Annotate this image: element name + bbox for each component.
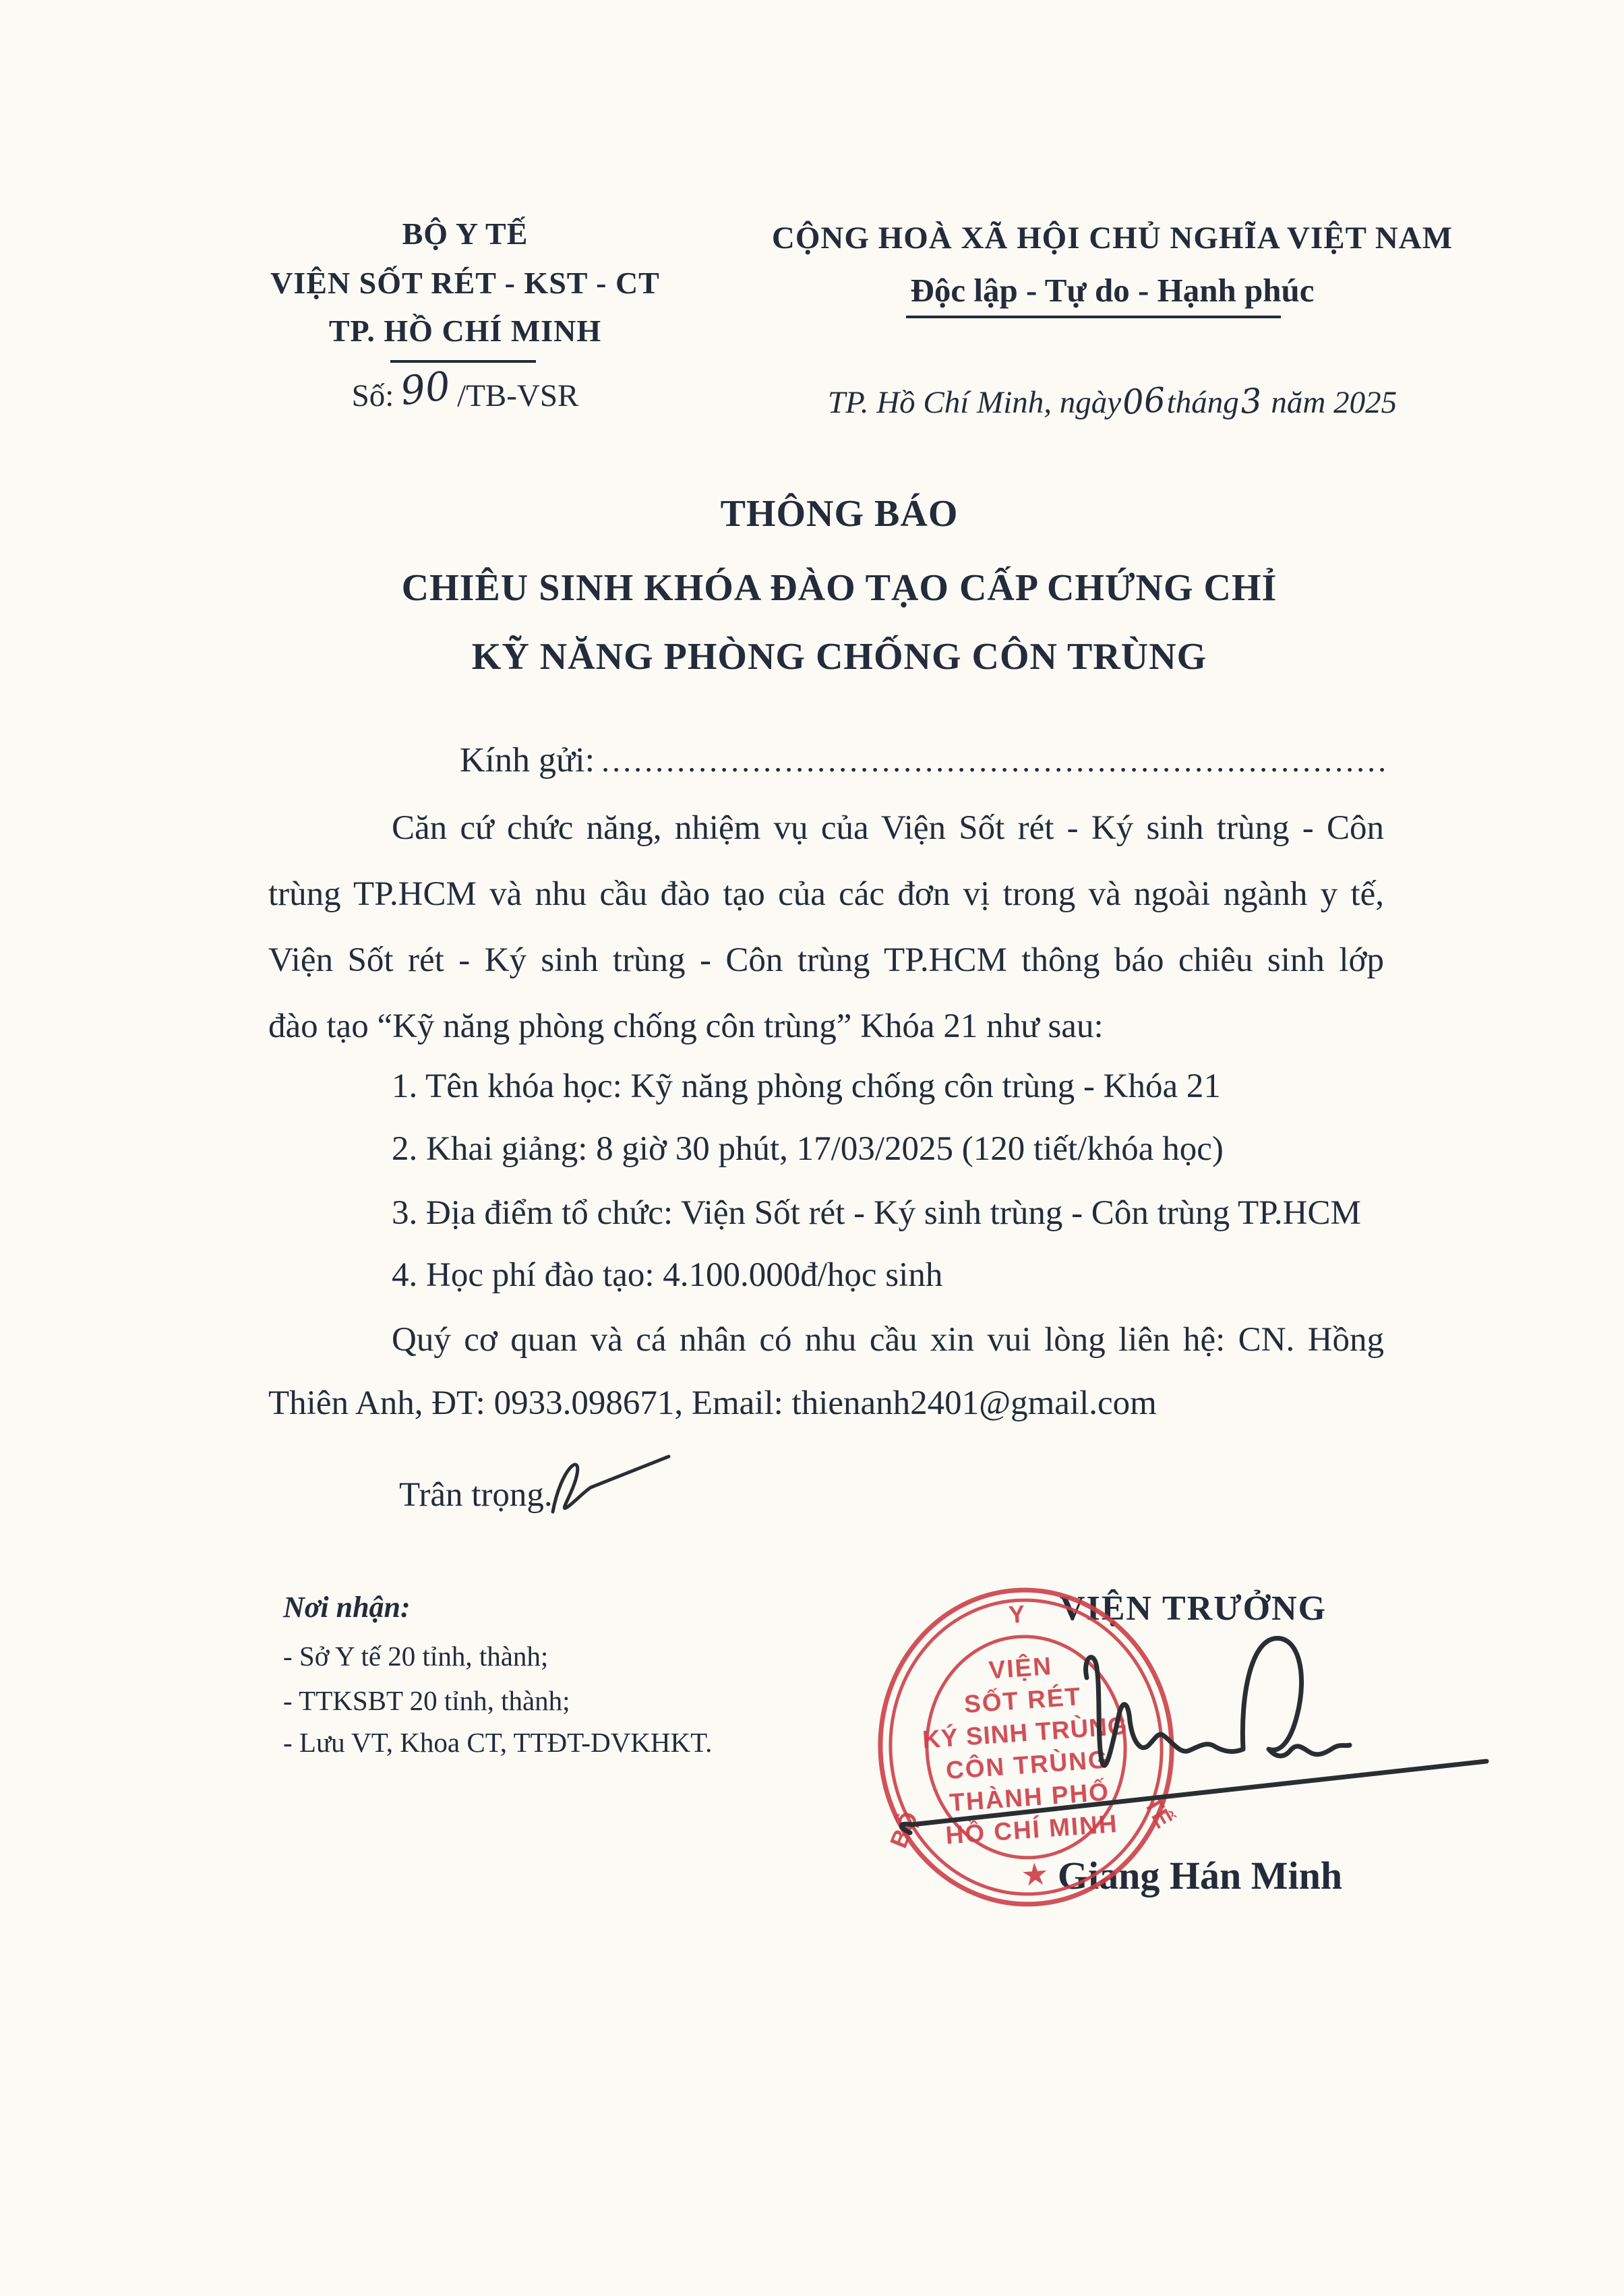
date-suffix: năm 2025: [1271, 385, 1397, 420]
institute-city: TP. HỒ CHÍ MINH: [222, 313, 708, 349]
paragraph2-line1: Quý cơ quan và cá nhân có nhu cầu xin vu…: [392, 1320, 1384, 1359]
institute-name: VIỆN SỐT RÉT - KST - CT: [222, 265, 708, 301]
ministry-name: BỘ Y TẾ: [222, 216, 708, 252]
recipient-item-3: - Lưu VT, Khoa CT, TTĐT-DVKHKT.: [283, 1726, 712, 1759]
list-item-opening-date: 2. Khai giảng: 8 giờ 30 phút, 17/03/2025…: [392, 1129, 1224, 1169]
document-kind: THÔNG BÁO: [256, 492, 1422, 535]
motto-underline: [906, 316, 1281, 318]
recipients-label: Nơi nhận:: [283, 1590, 411, 1624]
title-line-1: CHIÊU SINH KHÓA ĐÀO TẠO CẤP CHỨNG CHỈ: [256, 566, 1422, 610]
date-prefix: TP. Hồ Chí Minh, ngày: [828, 385, 1121, 420]
place-date-line: TP. Hồ Chí Minh, ngày06tháng3 năm 2025: [725, 382, 1500, 421]
title-line-2: KỸ NĂNG PHÒNG CHỐNG CÔN TRÙNG: [256, 635, 1422, 678]
recipient-item-2: - TTKSBT 20 tỉnh, thành;: [283, 1684, 570, 1717]
title-block: THÔNG BÁO CHIÊU SINH KHÓA ĐÀO TẠO CẤP CH…: [256, 492, 1422, 678]
salutation-line: Kính gửi: ..............................…: [460, 740, 1386, 780]
paragraph1-line2: trùng TP.HCM và nhu cầu đào tạo của các …: [268, 875, 1384, 914]
header-left-underline: [390, 360, 536, 363]
scanned-official-letter: BỘ Y TẾ VIỆN SỐT RÉT - KST - CT TP. HỒ C…: [0, 0, 1624, 2296]
recipient-item-1: - Sở Y tế 20 tỉnh, thành;: [283, 1640, 548, 1672]
salutation-label: Kính gửi:: [460, 740, 595, 780]
header-left-block: BỘ Y TẾ VIỆN SỐT RÉT - KST - CT TP. HỒ C…: [222, 216, 708, 349]
document-number-suffix: /TB-VSR: [457, 378, 578, 413]
document-number-handwritten: 90: [398, 363, 453, 414]
paragraph2-line2: Thiên Anh, ĐT: 0933.098671, Email: thien…: [268, 1384, 1157, 1423]
date-month-handwritten: 3: [1239, 381, 1263, 421]
header-right-block: CỘNG HOÀ XÃ HỘI CHỦ NGHĨA VIỆT NAM Độc l…: [725, 220, 1500, 310]
date-middle: tháng: [1167, 385, 1239, 420]
salutation-dotted-line: ........................................…: [601, 742, 1386, 779]
national-title: CỘNG HOÀ XÃ HỘI CHỦ NGHĨA VIỆT NAM: [725, 220, 1500, 256]
stamp-star-icon: ★: [1020, 1856, 1050, 1893]
paragraph1-line3: Viện Sốt rét - Ký sinh trùng - Côn trùng…: [268, 941, 1384, 980]
paragraph1-line4: đào tạo “Kỹ năng phòng chống côn trùng” …: [268, 1007, 1414, 1046]
closing-initial-flourish: [539, 1450, 681, 1537]
handwritten-signature: [876, 1571, 1497, 1854]
paragraph1-line1: Căn cứ chức năng, nhiệm vụ của Viện Sốt …: [392, 808, 1384, 848]
document-number-label: Số:: [352, 378, 394, 413]
document-number-line: Số:90/TB-VSR: [222, 370, 708, 415]
list-item-course-name: 1. Tên khóa học: Kỹ năng phòng chống côn…: [392, 1067, 1221, 1106]
closing-phrase: Trân trọng.: [399, 1475, 553, 1514]
signature-underline-stroke: [901, 1761, 1486, 1833]
list-item-tuition: 4. Học phí đào tạo: 4.100.000đ/học sinh: [392, 1256, 942, 1295]
national-motto: Độc lập - Tự do - Hạnh phúc: [725, 271, 1500, 310]
list-item-location: 3. Địa điểm tổ chức: Viện Sốt rét - Ký s…: [392, 1194, 1361, 1233]
signature-main-stroke: [1086, 1639, 1350, 1766]
date-day-handwritten: 06: [1121, 380, 1167, 422]
